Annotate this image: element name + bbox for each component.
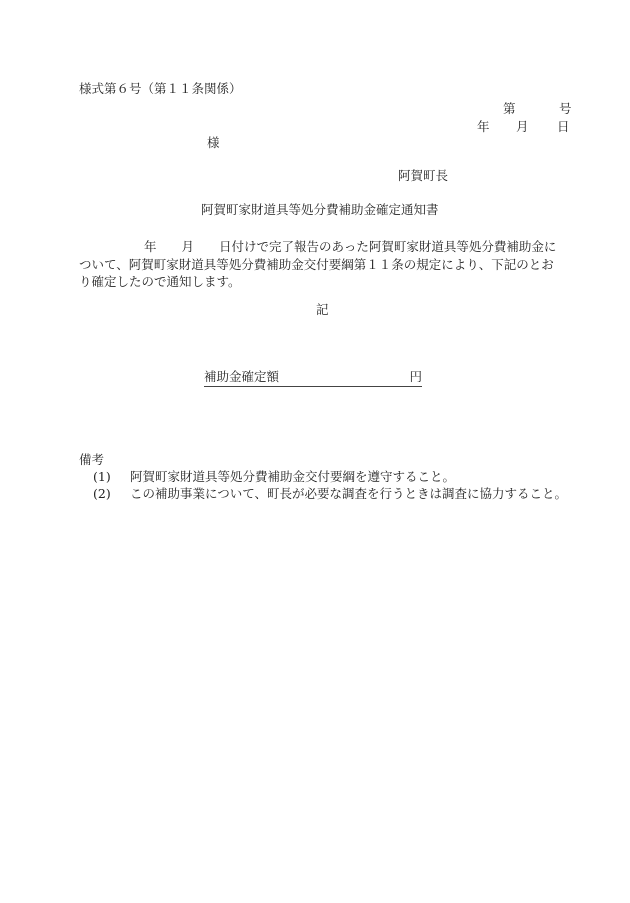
ki-heading: 記: [316, 304, 329, 317]
body-year: 年: [144, 239, 157, 254]
remark-text: この補助事業について、町長が必要な調査を行うときは調査に協力すること。: [130, 488, 567, 501]
body-line-1-rest: 日付けで完了報告のあった阿賀町家財道具等処分費補助金に: [219, 239, 556, 254]
body-paragraph: 年月日付けで完了報告のあった阿賀町家財道具等処分費補助金に ついて、阿賀町家財道…: [79, 238, 569, 291]
form-label: 様式第６号（第１１条関係）: [79, 83, 242, 96]
body-month: 月: [182, 239, 195, 254]
date-month: 月: [516, 121, 529, 134]
confirmed-amount-field: 補助金確定額 円: [204, 371, 422, 387]
remark-number: (2): [93, 488, 111, 501]
remark-number: (1): [93, 471, 111, 484]
document-number-suffix: 号: [559, 103, 572, 116]
document-number-prefix: 第: [503, 103, 516, 116]
remarks-title: 備考: [79, 454, 104, 467]
document-title: 阿賀町家財道具等処分費補助金確定通知書: [201, 204, 439, 217]
yen-unit: 円: [409, 371, 422, 384]
body-line-1: 年月日付けで完了報告のあった阿賀町家財道具等処分費補助金に: [79, 238, 569, 256]
confirmed-amount-label: 補助金確定額: [204, 371, 279, 384]
remark-text: 阿賀町家財道具等処分費補助金交付要綱を遵守すること。: [130, 471, 455, 484]
body-line-2: ついて、阿賀町家財道具等処分費補助金交付要綱第１１条の規定により、下記のとお: [79, 256, 569, 274]
date-day: 日: [557, 121, 570, 134]
body-line-3: り確定したので通知します。: [79, 273, 569, 291]
sender: 阿賀町長: [398, 170, 448, 183]
date-year: 年: [477, 121, 490, 134]
addressee: 様: [207, 137, 220, 150]
